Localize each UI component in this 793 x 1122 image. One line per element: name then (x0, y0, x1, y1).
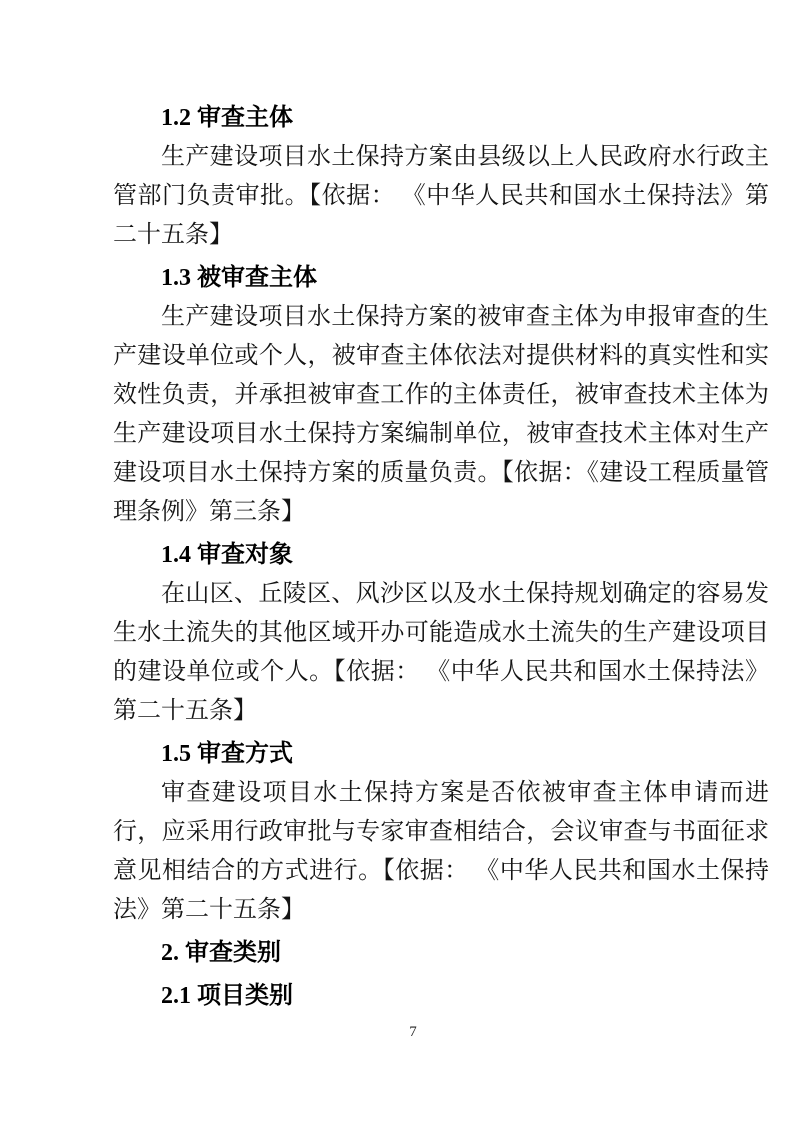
document-body: 1.2 审查主体生产建设项目水土保持方案由县级以上人民政府水行政主管部门负责审批… (113, 99, 769, 1016)
paragraph: 生产建设项目水土保持方案的被审查主体为申报审查的生产建设单位或个人，被审查主体依… (113, 298, 769, 532)
section-heading: 1.2 审查主体 (113, 99, 769, 138)
section-heading: 1.5 审查方式 (113, 735, 769, 774)
section-heading: 1.3 被审查主体 (113, 259, 769, 298)
footer: 7 (113, 1022, 713, 1042)
section-heading: 2. 审查类别 (113, 934, 769, 973)
paragraph: 在山区、丘陵区、风沙区以及水土保持规划确定的容易发生水土流失的其他区域开办可能造… (113, 575, 769, 731)
document-page: 1.2 审查主体生产建设项目水土保持方案由县级以上人民政府水行政主管部门负责审批… (0, 0, 793, 1122)
section-heading: 2.1 项目类别 (113, 977, 769, 1016)
page-number: 7 (409, 1024, 417, 1040)
paragraph: 生产建设项目水土保持方案由县级以上人民政府水行政主管部门负责审批。【依据： 《中… (113, 138, 769, 255)
section-heading: 1.4 审查对象 (113, 536, 769, 575)
paragraph: 审查建设项目水土保持方案是否依被审查主体申请而进行，应采用行政审批与专家审查相结… (113, 774, 769, 930)
